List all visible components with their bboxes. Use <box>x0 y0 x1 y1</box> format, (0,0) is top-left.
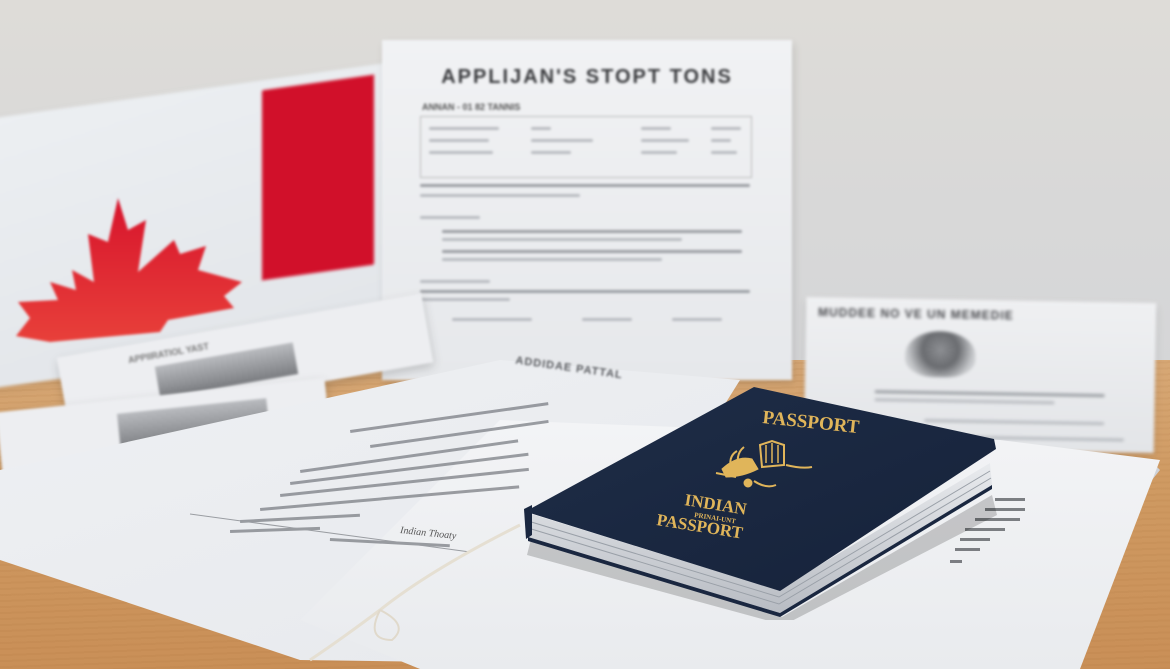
right-document-heading: MUDDEE NO VE UN MEMEDIE <box>818 305 1014 322</box>
form-subtitle: ANNAN - 01 82 TANNIS <box>422 102 520 112</box>
application-form: APPLIJAN'S STOPT TONS ANNAN - 01 82 TANN… <box>382 40 792 380</box>
flag-red-band <box>262 75 374 281</box>
form-field-box <box>420 116 752 178</box>
indian-passport: PASSPORT INDIAN PRINAI-UNT PASSPORT <box>522 385 1002 620</box>
maple-leaf-icon <box>10 190 250 350</box>
form-title: APPLIJAN'S STOPT TONS <box>382 66 792 89</box>
photo-scene: APPLIJAN'S STOPT TONS ANNAN - 01 82 TANN… <box>0 0 1170 669</box>
